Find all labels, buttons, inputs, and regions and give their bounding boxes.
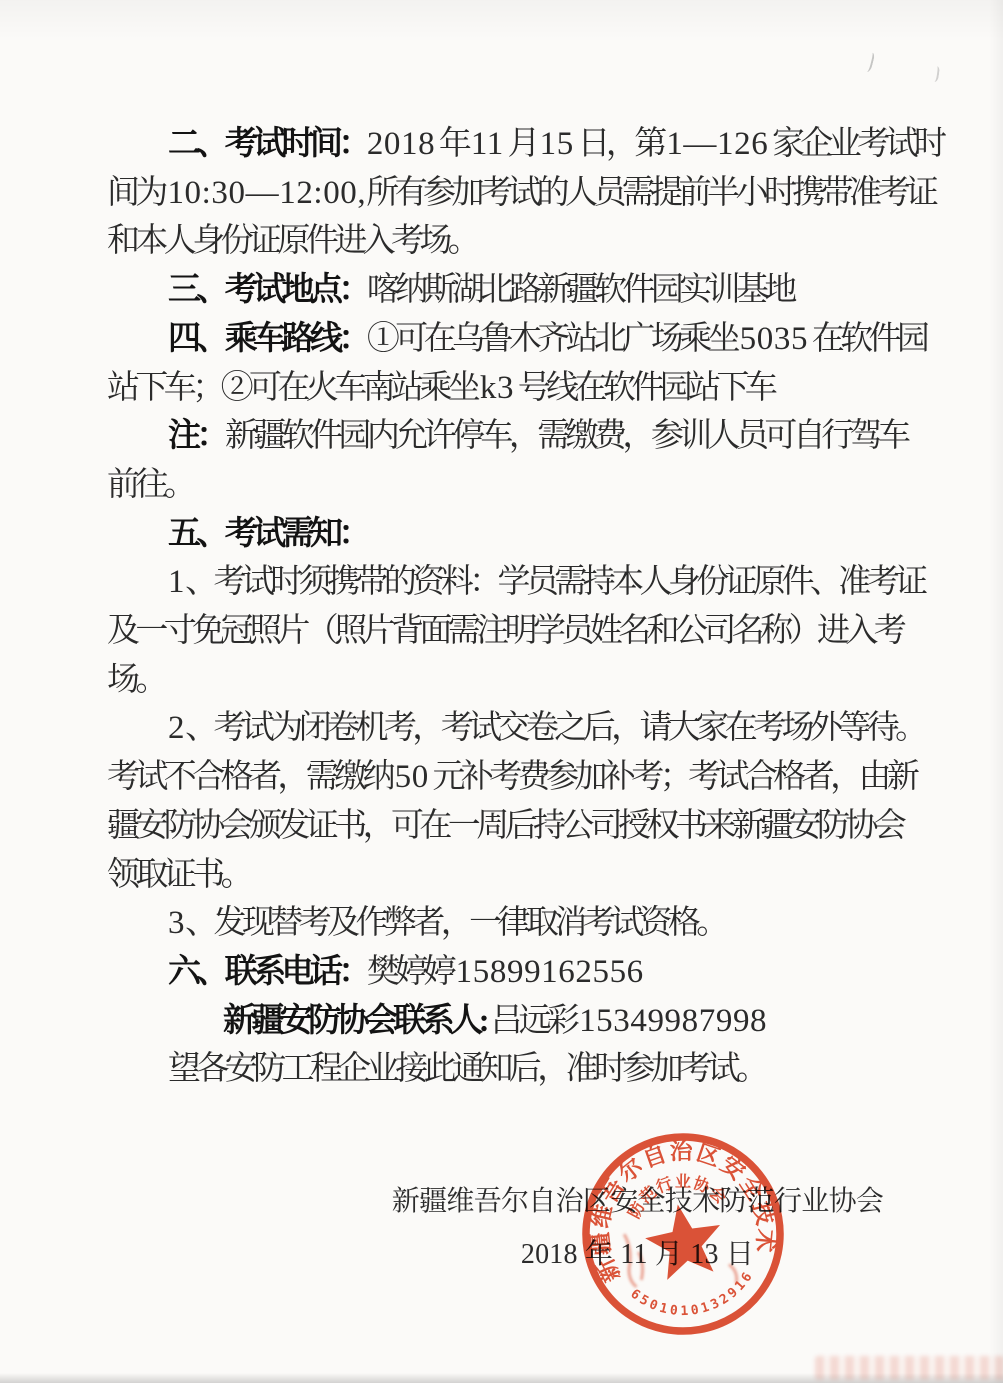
- red-stamp-bleed-artifact: [815, 1356, 1003, 1380]
- document-line: 间为 10:30—12:00,所有参加考试的人员需提前半小时携带准考证: [107, 169, 927, 218]
- scanned-document-page: 二、考试时间：2018 年 11 月 15 日，第 1—126 家企业考试时间为…: [0, 0, 1003, 1383]
- document-line: 三、考试地点：喀纳斯湖北路新疆软件园实训基地: [107, 266, 927, 315]
- seal-number-text: 6501010132916: [626, 1266, 763, 1330]
- document-line: 站下车；②可在火车南站乘坐 k3 号线在软件园站下车: [107, 364, 927, 413]
- signature-organization: 新疆维吾尔自治区安全技术防范行业协会: [385, 1186, 890, 1218]
- pencil-mark-artifact: [862, 51, 876, 73]
- document-line: 2、考试为闭卷机考，考试交卷之后，请大家在考场外等待。: [107, 704, 927, 753]
- pencil-mark-artifact: [929, 65, 940, 82]
- document-line: 望各安防工程企业接此通知后，准时参加考试。: [107, 1045, 927, 1094]
- document-line: 四、乘车路线：①可在乌鲁木齐站北广场乘坐 5035 在软件园: [107, 315, 927, 364]
- document-line: 注：新疆软件园内允许停车，需缴费，参训人员可自行驾车: [107, 412, 927, 461]
- document-line: 考试不合格者，需缴纳 50 元补考费参加补考；考试合格者，由新: [107, 753, 927, 802]
- signature-block: 新疆维吾尔自治区安全技术防范行业协会 2018 年 11 月 13 日: [385, 1186, 890, 1271]
- document-line: 领取证书。: [107, 851, 927, 900]
- document-line: 二、考试时间：2018 年 11 月 15 日，第 1—126 家企业考试时: [107, 120, 927, 169]
- document-line: 六、联系电话：樊婷婷 15899162556: [107, 948, 927, 997]
- document-line: 场。: [107, 656, 927, 705]
- document-line: 五、考试需知：: [107, 510, 927, 559]
- document-line: 及一寸免冠照片（照片背面需注明学员姓名和公司名称）进入考: [107, 607, 927, 656]
- document-line: 1、考试时须携带的资料：学员需持本人身份证原件、准考证: [107, 558, 927, 607]
- document-body: 二、考试时间：2018 年 11 月 15 日，第 1—126 家企业考试时间为…: [107, 120, 927, 1094]
- signature-date: 2018 年 11 月 13 日: [385, 1239, 890, 1271]
- svg-text:6501010132916: 6501010132916: [626, 1266, 763, 1330]
- document-line: 和本人身份证原件进入考场。: [107, 217, 927, 266]
- document-line: 疆安防协会颁发证书，可在一周后持公司授权书来新疆安防协会: [107, 802, 927, 851]
- document-line: 新疆安防协会联系人:吕远彩 15349987998: [107, 997, 927, 1046]
- document-line: 3、发现替考及作弊者，一律取消考试资格。: [107, 899, 927, 948]
- document-line: 前往。: [107, 461, 927, 510]
